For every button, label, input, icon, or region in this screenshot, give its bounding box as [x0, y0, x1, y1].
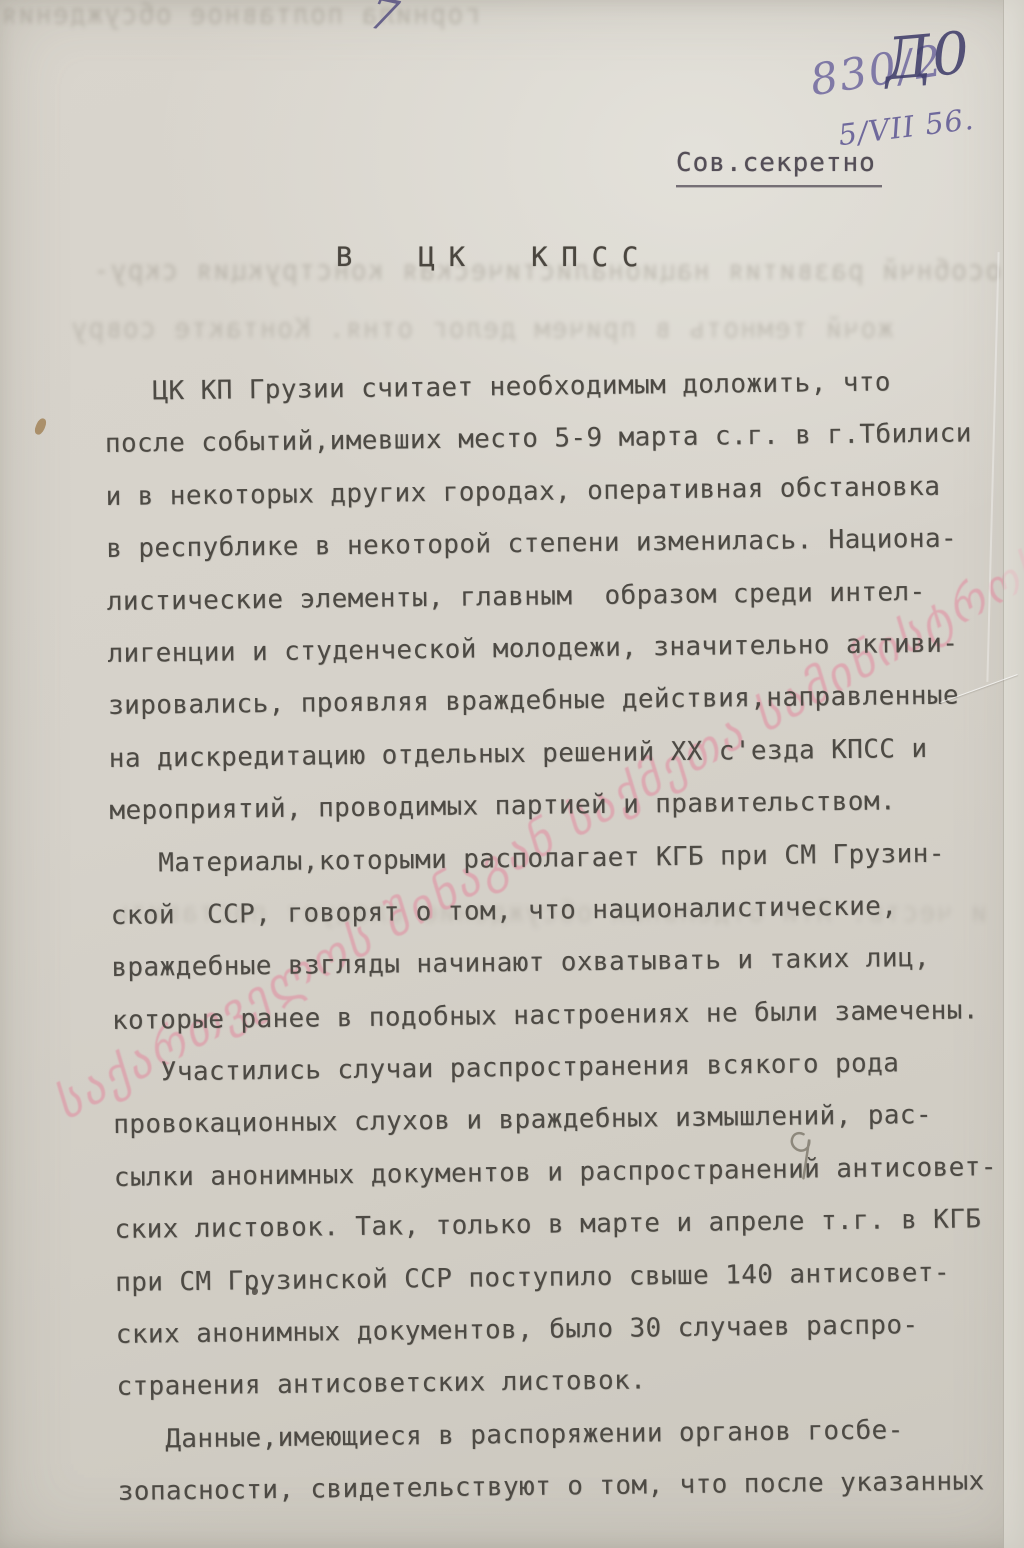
page-edge — [1003, 0, 1024, 1548]
document-body: ЦК КП Грузии считает необходимым доложит… — [0, 355, 1024, 1520]
bleedthrough-line: горнила полтавное обсуждения — [0, 0, 480, 31]
body-line: зопасности, свидетельствуют о том, что п… — [117, 1455, 1024, 1519]
page-title: В ЦК КПСС — [336, 242, 652, 273]
classification-label: Сов.секретно — [676, 148, 882, 187]
scanned-document-page: особнчй развития националистическая конс… — [0, 0, 1024, 1548]
date-annotation: 5/VII 56. — [836, 102, 976, 152]
registration-overlay: Д0 — [881, 18, 973, 93]
pencil-correction-mark — [780, 1127, 820, 1185]
bleedthrough-line: жочй темноть в причем делог отня. Контак… — [70, 313, 893, 345]
